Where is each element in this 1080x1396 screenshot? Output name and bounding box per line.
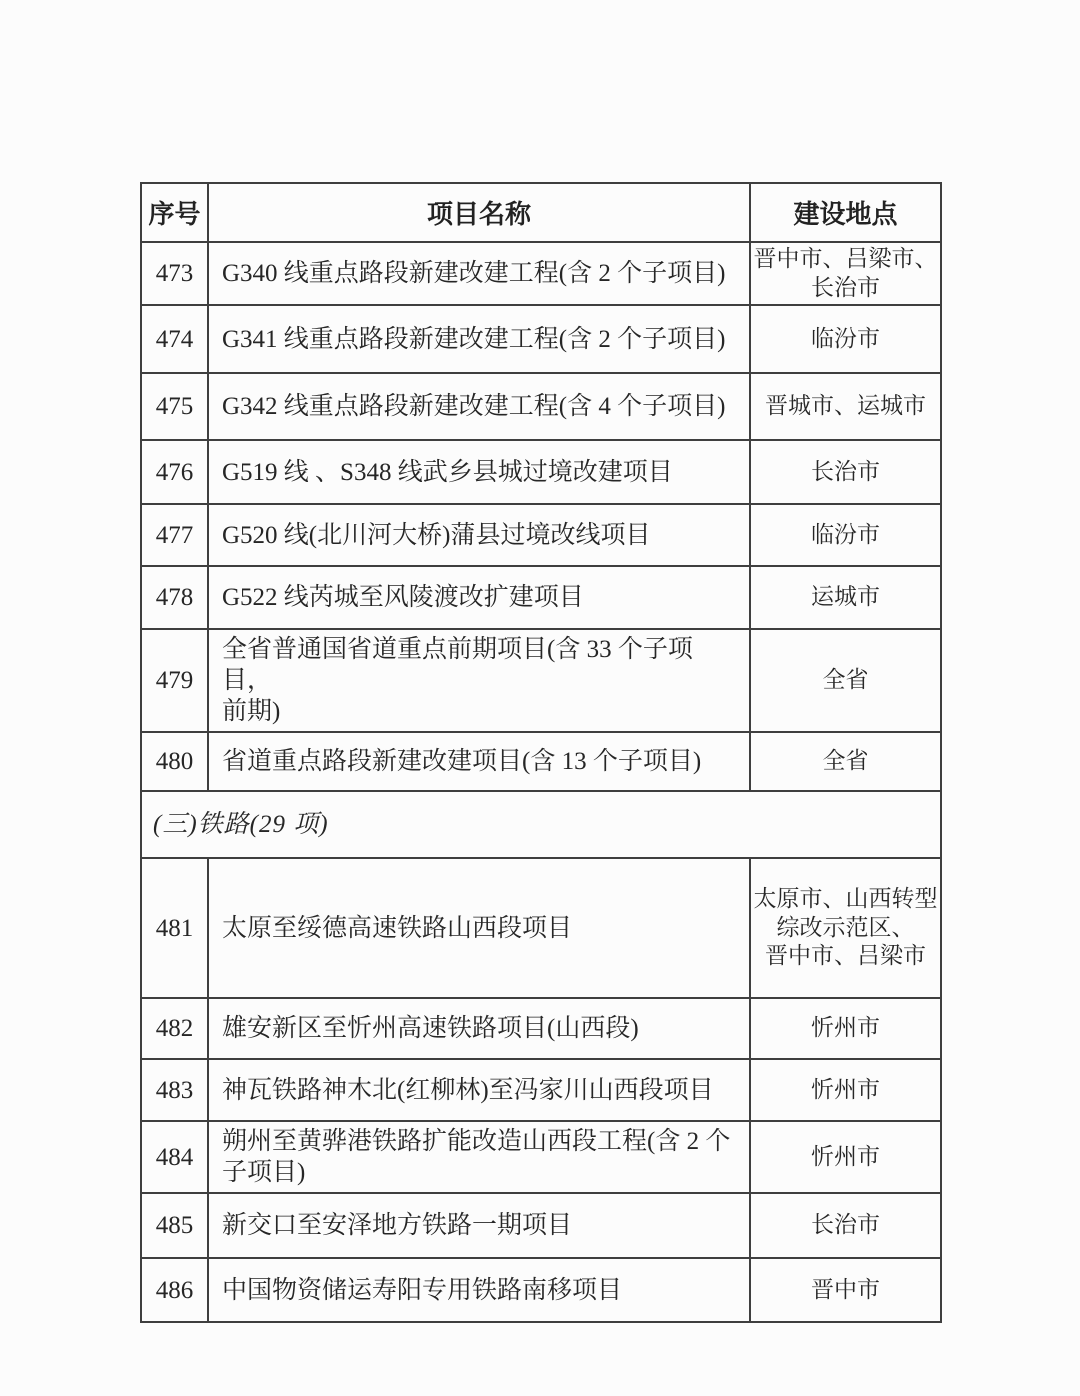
cell-project-name: G341 线重点路段新建改建工程(含 2 个子项目) — [208, 305, 750, 373]
table-row: 481太原至绥德高速铁路山西段项目太原市、山西转型 综改示范区、 晋中市、吕梁市 — [141, 858, 941, 998]
cell-project-name: G342 线重点路段新建改建工程(含 4 个子项目) — [208, 373, 750, 440]
cell-location: 全省 — [750, 629, 941, 732]
cell-index: 479 — [141, 629, 208, 732]
cell-location: 临汾市 — [750, 504, 941, 566]
section-row: (三)铁路(29 项) — [141, 791, 941, 858]
table-row: 478G522 线芮城至风陵渡改扩建项目运城市 — [141, 566, 941, 629]
cell-index: 478 — [141, 566, 208, 629]
table-row: 479全省普通国省道重点前期项目(含 33 个子项目， 前期)全省 — [141, 629, 941, 732]
cell-project-name: 全省普通国省道重点前期项目(含 33 个子项目， 前期) — [208, 629, 750, 732]
cell-index: 484 — [141, 1121, 208, 1193]
cell-location: 晋中市、吕梁市、 长治市 — [750, 242, 941, 305]
cell-index: 477 — [141, 504, 208, 566]
cell-location: 全省 — [750, 732, 941, 791]
cell-index: 474 — [141, 305, 208, 373]
table-row: 473G340 线重点路段新建改建工程(含 2 个子项目)晋中市、吕梁市、 长治… — [141, 242, 941, 305]
table-row: 486中国物资储运寿阳专用铁路南移项目晋中市 — [141, 1258, 941, 1322]
table-row: 475G342 线重点路段新建改建工程(含 4 个子项目)晋城市、运城市 — [141, 373, 941, 440]
cell-project-name: 神瓦铁路神木北(红柳林)至冯家川山西段项目 — [208, 1059, 750, 1121]
cell-project-name: 省道重点路段新建改建项目(含 13 个子项目) — [208, 732, 750, 791]
cell-location: 太原市、山西转型 综改示范区、 晋中市、吕梁市 — [750, 858, 941, 998]
cell-index: 483 — [141, 1059, 208, 1121]
table-row: 484朔州至黄骅港铁路扩能改造山西段工程(含 2 个 子项目)忻州市 — [141, 1121, 941, 1193]
cell-location: 忻州市 — [750, 1059, 941, 1121]
table-row: 477G520 线(北川河大桥)蒲县过境改线项目临汾市 — [141, 504, 941, 566]
cell-index: 476 — [141, 440, 208, 504]
cell-location: 运城市 — [750, 566, 941, 629]
cell-project-name: G522 线芮城至风陵渡改扩建项目 — [208, 566, 750, 629]
cell-index: 473 — [141, 242, 208, 305]
table-row: 474G341 线重点路段新建改建工程(含 2 个子项目)临汾市 — [141, 305, 941, 373]
cell-index: 480 — [141, 732, 208, 791]
cell-project-name: 朔州至黄骅港铁路扩能改造山西段工程(含 2 个 子项目) — [208, 1121, 750, 1193]
table-header-row: 序号 项目名称 建设地点 — [141, 183, 941, 242]
cell-project-name: 新交口至安泽地方铁路一期项目 — [208, 1193, 750, 1258]
table-body: 473G340 线重点路段新建改建工程(含 2 个子项目)晋中市、吕梁市、 长治… — [141, 242, 941, 1322]
table-row: 476G519 线 、S348 线武乡县城过境改建项目长治市 — [141, 440, 941, 504]
cell-index: 481 — [141, 858, 208, 998]
cell-project-name: 中国物资储运寿阳专用铁路南移项目 — [208, 1258, 750, 1322]
document-page: 序号 项目名称 建设地点 473G340 线重点路段新建改建工程(含 2 个子项… — [0, 0, 1080, 1396]
cell-location: 长治市 — [750, 440, 941, 504]
cell-project-name: 雄安新区至忻州高速铁路项目(山西段) — [208, 998, 750, 1059]
table-row: 482雄安新区至忻州高速铁路项目(山西段)忻州市 — [141, 998, 941, 1059]
cell-location: 忻州市 — [750, 998, 941, 1059]
section-label: (三)铁路(29 项) — [141, 791, 941, 858]
cell-index: 482 — [141, 998, 208, 1059]
cell-location: 长治市 — [750, 1193, 941, 1258]
cell-index: 475 — [141, 373, 208, 440]
cell-location: 晋城市、运城市 — [750, 373, 941, 440]
cell-location: 晋中市 — [750, 1258, 941, 1322]
cell-index: 485 — [141, 1193, 208, 1258]
cell-project-name: G340 线重点路段新建改建工程(含 2 个子项目) — [208, 242, 750, 305]
table-row: 485新交口至安泽地方铁路一期项目长治市 — [141, 1193, 941, 1258]
cell-project-name: 太原至绥德高速铁路山西段项目 — [208, 858, 750, 998]
column-header-location: 建设地点 — [750, 183, 941, 242]
cell-project-name: G519 线 、S348 线武乡县城过境改建项目 — [208, 440, 750, 504]
cell-location: 忻州市 — [750, 1121, 941, 1193]
column-header-index: 序号 — [141, 183, 208, 242]
cell-location: 临汾市 — [750, 305, 941, 373]
table-row: 483神瓦铁路神木北(红柳林)至冯家川山西段项目忻州市 — [141, 1059, 941, 1121]
cell-project-name: G520 线(北川河大桥)蒲县过境改线项目 — [208, 504, 750, 566]
project-table: 序号 项目名称 建设地点 473G340 线重点路段新建改建工程(含 2 个子项… — [140, 182, 942, 1323]
cell-index: 486 — [141, 1258, 208, 1322]
column-header-project-name: 项目名称 — [208, 183, 750, 242]
table-row: 480省道重点路段新建改建项目(含 13 个子项目)全省 — [141, 732, 941, 791]
